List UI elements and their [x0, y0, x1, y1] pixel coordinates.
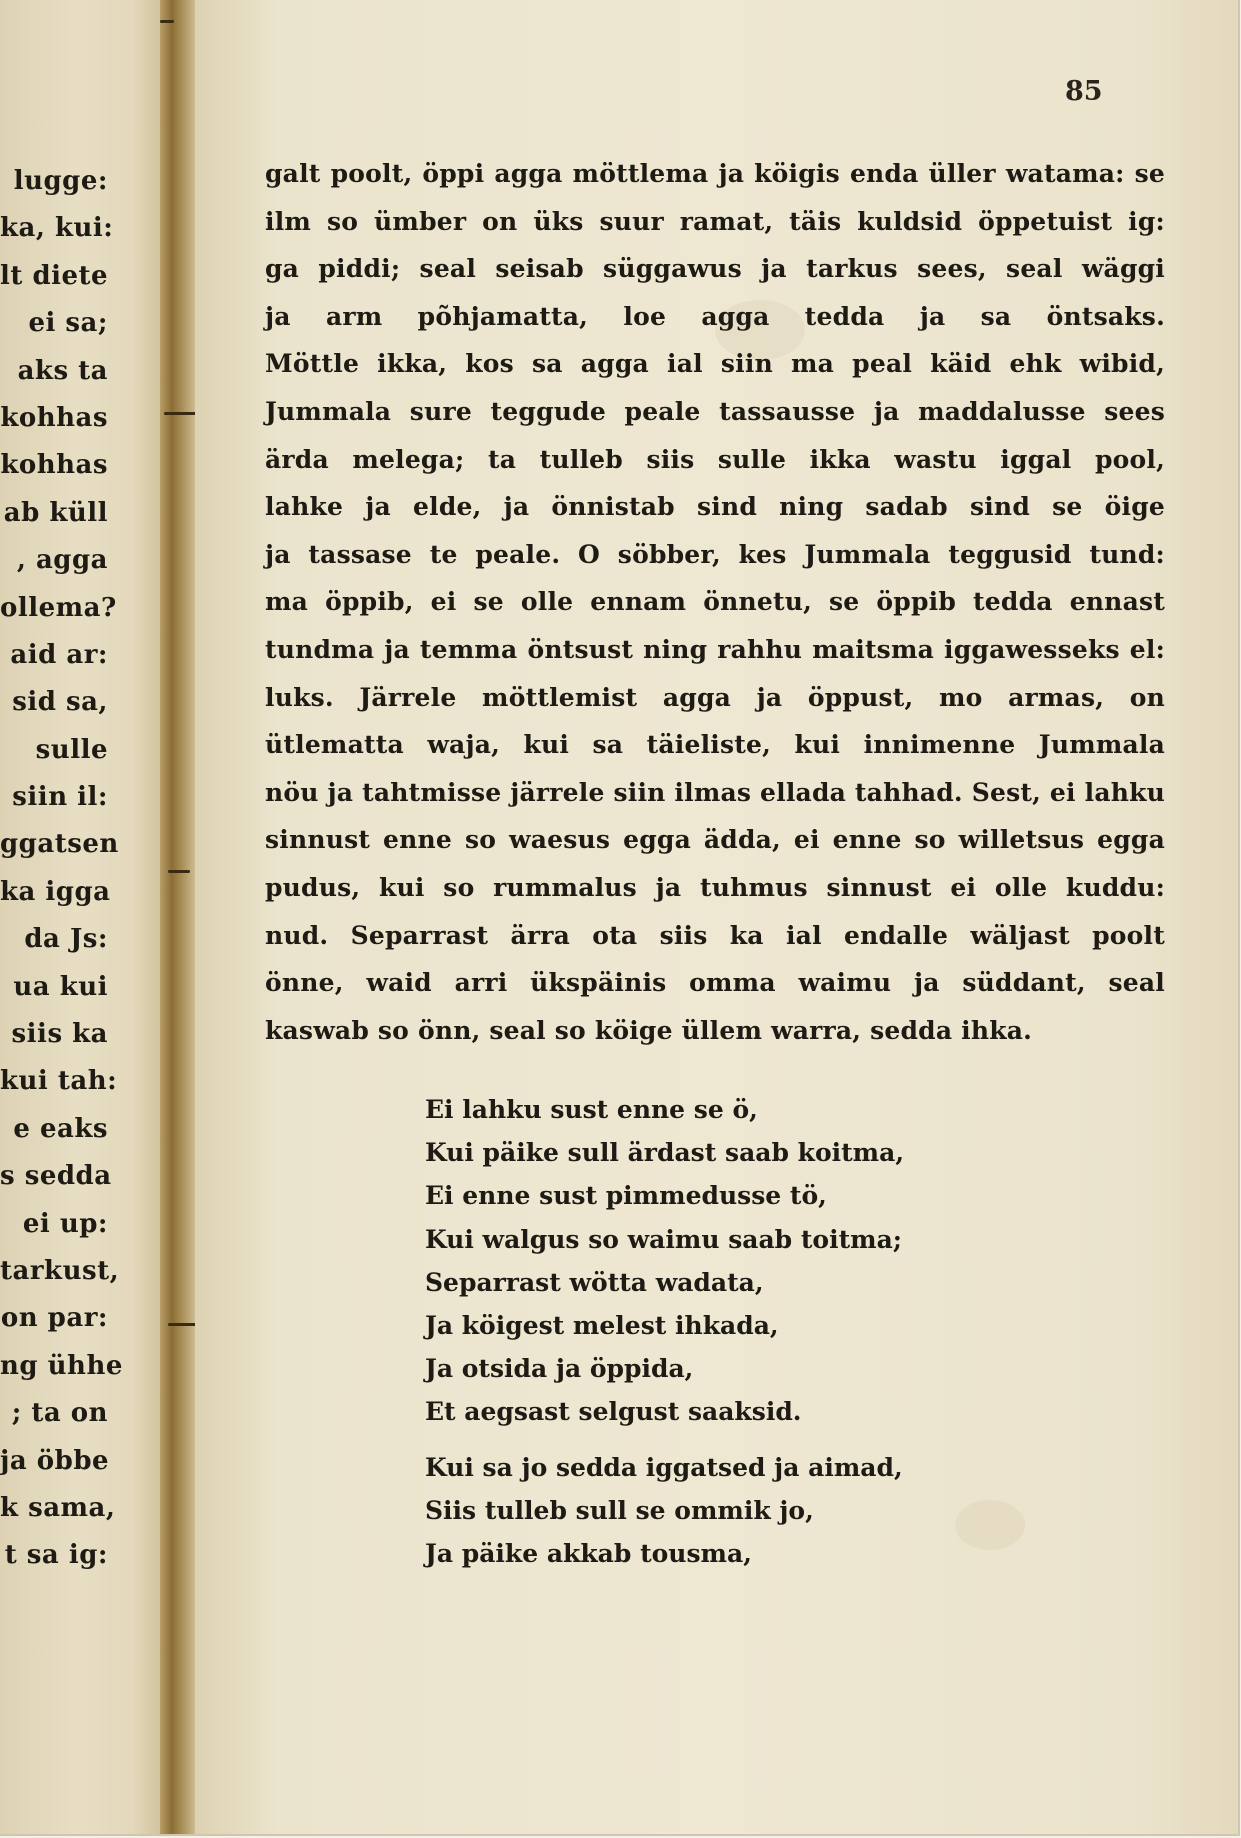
left-line: ei sa; — [0, 300, 108, 347]
left-page-text-fragments: lugge: ka, kui: lt diete ei sa; aks ta k… — [0, 158, 108, 1580]
page-number: 85 — [1065, 76, 1103, 107]
right-page: 85 galt poolt, öppi agga möttlema ja köi… — [195, 0, 1238, 1834]
poem-line: Ei lahku sust enne se ö, — [425, 1088, 1025, 1131]
left-line: siin il: — [0, 774, 108, 821]
left-line: sulle — [0, 727, 108, 774]
left-line: ei up: — [0, 1201, 108, 1248]
book-spread-scan: lugge: ka, kui: lt diete ei sa; aks ta k… — [0, 0, 1240, 1836]
poem-line: Ja päike akkab tousma, — [425, 1532, 1025, 1575]
left-line: ggatsen — [0, 821, 108, 868]
prose-line: ilm so ümber on üks suur ramat, täis kul… — [265, 198, 1165, 246]
left-line: e eaks — [0, 1106, 108, 1153]
prose-line: luks. Järrele möttlemist agga ja öppust,… — [265, 674, 1165, 722]
poem-line: Ei enne sust pimmedusse tö, — [425, 1174, 1025, 1217]
left-line: on par: — [0, 1295, 108, 1342]
prose-line: ga piddi; seal seisab süggawus ja tarkus… — [265, 245, 1165, 293]
left-line: ollema? — [0, 585, 108, 632]
left-line: siis ka — [0, 1011, 108, 1058]
left-line: sid sa, — [0, 679, 108, 726]
prose-line: sinnust enne so waesus egga ädda, ei enn… — [265, 816, 1165, 864]
left-line: ka, kui: — [0, 205, 108, 252]
prose-line: tundma ja temma öntsust ning rahhu maits… — [265, 626, 1165, 674]
poem-line: Ja köigest melest ihkada, — [425, 1304, 1025, 1347]
left-line: ab küll — [0, 490, 108, 537]
prose-paragraph: galt poolt, öppi agga möttlema ja köigis… — [265, 150, 1165, 1054]
poem-line: Kui walgus so waimu saab toitma; — [425, 1218, 1025, 1261]
book-gutter — [160, 0, 200, 1834]
left-line: aid ar: — [0, 632, 108, 679]
prose-line: önne, waid arri ükspäinis omma waimu ja … — [265, 959, 1165, 1007]
left-line: ja öbbe — [0, 1438, 108, 1485]
left-line: tarkust, — [0, 1248, 108, 1295]
left-line: kui tah: — [0, 1058, 108, 1105]
prose-line: ja tassase te peale. O söbber, kes Jumma… — [265, 531, 1165, 579]
left-line: t sa ig: — [0, 1532, 108, 1579]
left-line: ; ta on — [0, 1390, 108, 1437]
prose-line: pudus, kui so rummalus ja tuhmus sinnust… — [265, 864, 1165, 912]
left-line: ka igga — [0, 869, 108, 916]
prose-line: galt poolt, öppi agga möttlema ja köigis… — [265, 150, 1165, 198]
prose-line: ja arm põhjamatta, loe agga tedda ja sa … — [265, 293, 1165, 341]
poem-line: Siis tulleb sull se ommik jo, — [425, 1489, 1025, 1532]
left-line: k sama, — [0, 1485, 108, 1532]
left-line: s sedda — [0, 1153, 108, 1200]
left-line: kohhas — [0, 442, 108, 489]
prose-line: nud. Separrast ärra ota siis ka ial enda… — [265, 912, 1165, 960]
left-line: ng ühhe — [0, 1343, 108, 1390]
poem-line: Kui päike sull ärdast saab koitma, — [425, 1131, 1025, 1174]
left-line: da Js: — [0, 916, 108, 963]
binding-thread-mark — [160, 20, 174, 23]
poem-line: Separrast wötta wadata, — [425, 1261, 1025, 1304]
poem-stanza: Kui sa jo sedda iggatsed ja aimad, Siis … — [425, 1446, 1025, 1576]
left-line: lt diete — [0, 253, 108, 300]
prose-line: ütlematta waja, kui sa täieliste, kui in… — [265, 721, 1165, 769]
prose-line: nöu ja tahtmisse järrele siin ilmas ella… — [265, 769, 1165, 817]
binding-thread-mark — [164, 412, 198, 415]
left-line: lugge: — [0, 158, 108, 205]
binding-thread-mark — [168, 870, 190, 873]
left-line: aks ta — [0, 348, 108, 395]
left-line: , agga — [0, 537, 108, 584]
poem-line: Ja otsida ja öppida, — [425, 1347, 1025, 1390]
prose-line: kaswab so önn, seal so köige üllem warra… — [265, 1007, 1165, 1055]
prose-line: ärda melega; ta tulleb siis sulle ikka w… — [265, 436, 1165, 484]
poem-line: Kui sa jo sedda iggatsed ja aimad, — [425, 1446, 1025, 1489]
prose-line: Jummala sure teggude peale tassausse ja … — [265, 388, 1165, 436]
left-line: ua kui — [0, 964, 108, 1011]
prose-line: Möttle ikka, kos sa agga ial siin ma pea… — [265, 340, 1165, 388]
prose-line: ma öppib, ei se olle ennam önnetu, se öp… — [265, 578, 1165, 626]
prose-line: lahke ja elde, ja önnistab sind ning sad… — [265, 483, 1165, 531]
poem-line: Et aegsast selgust saaksid. — [425, 1390, 1025, 1433]
left-line: kohhas — [0, 395, 108, 442]
poem-stanza: Ei lahku sust enne se ö, Kui päike sull … — [425, 1088, 1025, 1434]
